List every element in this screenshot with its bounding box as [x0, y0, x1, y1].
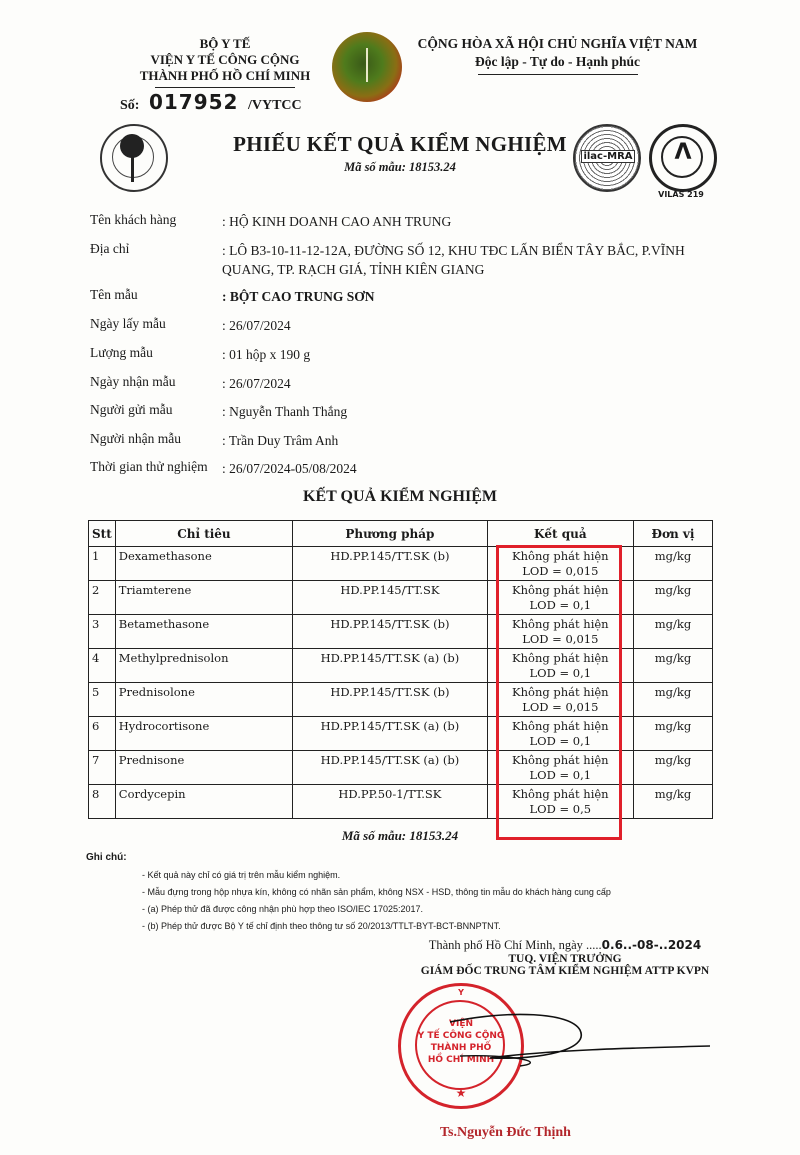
- result-highlight-box: [496, 545, 622, 840]
- divider: [155, 87, 295, 88]
- note-item: - Kết quả này chỉ có giá trị trên mẫu ki…: [142, 870, 611, 880]
- country-name: CỘNG HÒA XÃ HỘI CHỦ NGHĨA VIỆT NAM: [415, 36, 700, 52]
- unit-cell: mg/kg: [633, 717, 712, 751]
- unit-cell: mg/kg: [633, 547, 712, 581]
- signing-date: Thành phố Hồ Chí Minh, ngày .....0.6..-0…: [400, 938, 730, 953]
- document-title: PHIẾU KẾT QUẢ KIỂM NGHIỆM: [190, 132, 610, 157]
- stt-cell: 7: [89, 751, 116, 785]
- signature-block: Thành phố Hồ Chí Minh, ngày .....0.6..-0…: [400, 938, 730, 977]
- indicator-cell: Methylprednisolon: [115, 649, 292, 683]
- note-item: - (b) Phép thử được Bộ Y tế chỉ định the…: [142, 921, 611, 931]
- indicator-cell: Cordycepin: [115, 785, 292, 819]
- method-cell: HD.PP.145/TT.SK (b): [293, 683, 488, 717]
- method-cell: HD.PP.145/TT.SK (a) (b): [293, 751, 488, 785]
- method-cell: HD.PP.145/TT.SK: [293, 581, 488, 615]
- stt-cell: 1: [89, 547, 116, 581]
- method-cell: HD.PP.145/TT.SK (b): [293, 615, 488, 649]
- handwritten-signature-icon: [450, 1000, 710, 1070]
- motto: Độc lập - Tự do - Hạnh phúc: [415, 54, 700, 70]
- method-cell: HD.PP.145/TT.SK (a) (b): [293, 717, 488, 751]
- indicator-cell: Hydrocortisone: [115, 717, 292, 751]
- unit-cell: mg/kg: [633, 649, 712, 683]
- hologram-seal-icon: [332, 32, 402, 102]
- indicator-cell: Betamethasone: [115, 615, 292, 649]
- institute-name: VIỆN Y TẾ CÔNG CỘNG: [100, 52, 350, 68]
- signer-title: GIÁM ĐỐC TRUNG TÂM KIỂM NGHIỆM ATTP KVPN: [400, 965, 730, 977]
- notes-heading: Ghi chú:: [86, 852, 611, 863]
- ministry-name: BỘ Y TẾ: [100, 36, 350, 52]
- divider: [478, 74, 638, 75]
- note-item: - (a) Phép thử đã được công nhận phù hợp…: [142, 904, 611, 914]
- unit-cell: mg/kg: [633, 751, 712, 785]
- city-name: THÀNH PHỐ HỒ CHÍ MINH: [100, 68, 350, 84]
- indicator-cell: Prednisolone: [115, 683, 292, 717]
- boa-accreditation-logo-icon: Λ: [649, 124, 717, 192]
- indicator-cell: Prednisone: [115, 751, 292, 785]
- ilac-mra-logo-icon: ilac-MRA: [573, 124, 641, 192]
- col-stt: Stt: [89, 521, 116, 547]
- stt-cell: 5: [89, 683, 116, 717]
- institute-logo-icon: [100, 124, 168, 192]
- unit-cell: mg/kg: [633, 683, 712, 717]
- stt-cell: 2: [89, 581, 116, 615]
- number-label: Số:: [120, 98, 139, 113]
- vilas-label: VILAS 219: [648, 190, 714, 199]
- number-suffix: /VYTCC: [248, 98, 302, 113]
- stt-cell: 8: [89, 785, 116, 819]
- note-item: - Mẫu đựng trong hộp nhựa kín, không có …: [142, 887, 611, 897]
- stt-cell: 3: [89, 615, 116, 649]
- indicator-cell: Triamterene: [115, 581, 292, 615]
- notes: Ghi chú: - Kết quả này chỉ có giá trị tr…: [86, 852, 611, 931]
- sample-code: Mã số mẫu: 18153.24: [190, 160, 610, 175]
- unit-cell: mg/kg: [633, 581, 712, 615]
- unit-cell: mg/kg: [633, 785, 712, 819]
- col-indicator: Chỉ tiêu: [115, 521, 292, 547]
- issuer-block: BỘ Y TẾ VIỆN Y TẾ CÔNG CỘNG THÀNH PHỐ HỒ…: [100, 36, 350, 88]
- signer-name: Ts.Nguyễn Đức Thịnh: [440, 1125, 571, 1141]
- document-title-block: PHIẾU KẾT QUẢ KIỂM NGHIỆM Mã số mẫu: 181…: [190, 132, 610, 175]
- unit-cell: mg/kg: [633, 615, 712, 649]
- number-value: 017952: [149, 90, 239, 114]
- national-motto: CỘNG HÒA XÃ HỘI CHỦ NGHĨA VIỆT NAM Độc l…: [415, 36, 700, 75]
- results-title: KẾT QUẢ KIỂM NGHIỆM: [90, 488, 710, 506]
- indicator-cell: Dexamethasone: [115, 547, 292, 581]
- method-cell: HD.PP.50-1/TT.SK: [293, 785, 488, 819]
- stt-cell: 6: [89, 717, 116, 751]
- method-cell: HD.PP.145/TT.SK (b): [293, 547, 488, 581]
- table-header-row: Stt Chỉ tiêu Phương pháp Kết quả Đơn vị: [89, 521, 713, 547]
- col-result: Kết quả: [487, 521, 633, 547]
- col-method: Phương pháp: [293, 521, 488, 547]
- method-cell: HD.PP.145/TT.SK (a) (b): [293, 649, 488, 683]
- signer-role: TUQ. VIỆN TRƯỞNG: [400, 953, 730, 965]
- stt-cell: 4: [89, 649, 116, 683]
- col-unit: Đơn vị: [633, 521, 712, 547]
- document-number: Số: 017952 /VYTCC: [120, 90, 302, 114]
- sample-code-footer: Mã số mẫu: 18153.24: [90, 828, 710, 844]
